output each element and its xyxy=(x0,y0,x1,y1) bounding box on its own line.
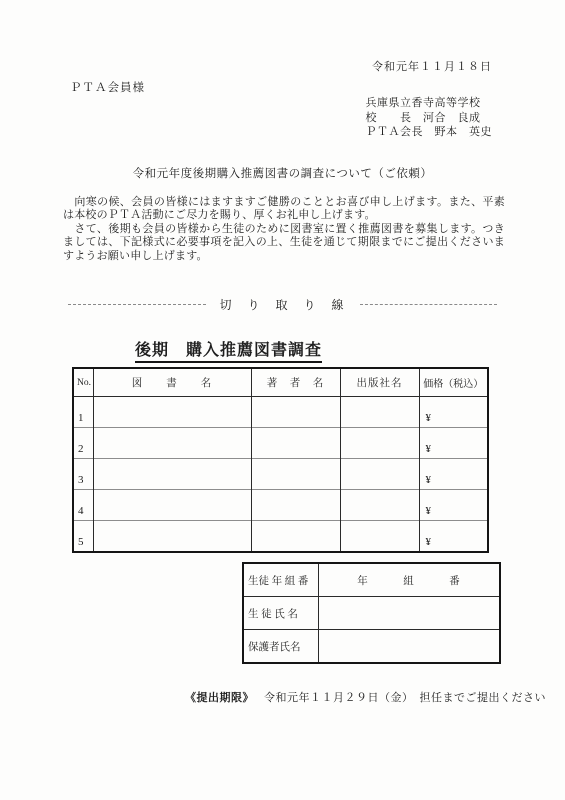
guardian-name-row: 保護者氏名 xyxy=(243,630,500,664)
row-number: 2 xyxy=(73,428,93,459)
student-name-label: 生 徒 氏 名 xyxy=(243,597,319,630)
letter-body: 向寒の候、会員の皆様にはますますご健勝のこととお喜び申し上げます。また、平素は本… xyxy=(63,196,505,264)
table-row: 5 ¥ xyxy=(73,521,488,553)
body-paragraph-1: 向寒の候、会員の皆様にはますますご健勝のこととお喜び申し上げます。また、平素は本… xyxy=(63,196,505,223)
row-number: 1 xyxy=(73,397,93,428)
body-paragraph-2: さて、後期も会員の皆様から生徒のために図書室に置く推薦図書を募集します。つきまし… xyxy=(63,223,505,264)
letter-date: 令和元年１１月１８日 xyxy=(0,0,565,74)
header-book-title: 図 書 名 xyxy=(93,368,251,397)
book-title-cell xyxy=(93,459,251,490)
deadline-line: 《提出期限》令和元年１１月２９日（金） 担任までご提出ください xyxy=(185,689,565,705)
row-number: 3 xyxy=(73,459,93,490)
student-name-row: 生 徒 氏 名 xyxy=(243,597,500,630)
author-cell xyxy=(251,521,340,553)
header-publisher: 出版社名 xyxy=(340,368,419,397)
deadline-text: 令和元年１１月２９日（金） 担任までご提出ください xyxy=(264,692,546,704)
deadline-label: 《提出期限》 xyxy=(185,692,254,704)
document-title: 令和元年度後期購入推薦図書の調査について（ご依頼） xyxy=(0,165,565,181)
student-class-value: 年 組 番 xyxy=(319,563,501,597)
cut-line-label: 切 り 取 り 線 xyxy=(220,296,346,313)
header-author: 著 者 名 xyxy=(251,368,340,397)
author-cell xyxy=(251,397,340,428)
cut-line: 切 り 取 り 線 xyxy=(0,296,565,313)
sender-pta-president: ＰＴＡ会長 野本 英史 xyxy=(366,125,493,140)
author-cell xyxy=(251,459,340,490)
header-price: 価格（税込） xyxy=(419,368,488,397)
book-title-cell xyxy=(93,521,251,553)
table-row: 2 ¥ xyxy=(73,428,488,459)
cut-line-dash-right xyxy=(360,304,498,305)
price-cell: ¥ xyxy=(419,490,488,521)
book-request-table: No. 図 書 名 著 者 名 出版社名 価格（税込） 1 ¥ 2 ¥ xyxy=(72,367,489,553)
guardian-name-value xyxy=(319,630,501,664)
student-class-row: 生徒 年 組 番 年 組 番 xyxy=(243,563,500,597)
price-cell: ¥ xyxy=(419,428,488,459)
publisher-cell xyxy=(340,459,419,490)
table-row: 3 ¥ xyxy=(73,459,488,490)
row-number: 4 xyxy=(73,490,93,521)
sender-block: 兵庫県立香寺高等学校 校 長 河合 良成 ＰＴＡ会長 野本 英史 xyxy=(0,96,565,140)
row-number: 5 xyxy=(73,521,93,553)
student-class-label: 生徒 年 組 番 xyxy=(243,563,319,597)
table-header-row: No. 図 書 名 著 者 名 出版社名 価格（税込） xyxy=(73,368,488,397)
table-row: 1 ¥ xyxy=(73,397,488,428)
recipient-line: ＰＴＡ会員様 xyxy=(0,79,565,95)
header-no: No. xyxy=(73,368,93,397)
book-title-cell xyxy=(93,397,251,428)
publisher-cell xyxy=(340,428,419,459)
price-cell: ¥ xyxy=(419,521,488,553)
student-info-table: 生徒 年 組 番 年 組 番 生 徒 氏 名 保護者氏名 xyxy=(242,562,501,664)
student-name-value xyxy=(319,597,501,630)
publisher-cell xyxy=(340,490,419,521)
table-row: 4 ¥ xyxy=(73,490,488,521)
author-cell xyxy=(251,490,340,521)
sender-principal: 校 長 河合 良成 xyxy=(366,111,493,126)
form-heading: 後期 購入推薦図書調査 xyxy=(135,337,322,363)
price-cell: ¥ xyxy=(419,459,488,490)
publisher-cell xyxy=(340,397,419,428)
scanned-letter-page: 令和元年１１月１８日 ＰＴＡ会員様 兵庫県立香寺高等学校 校 長 河合 良成 Ｐ… xyxy=(0,0,565,800)
book-title-cell xyxy=(93,490,251,521)
sender-school: 兵庫県立香寺高等学校 xyxy=(366,96,493,111)
book-title-cell xyxy=(93,428,251,459)
cut-line-dash-left xyxy=(68,304,206,305)
author-cell xyxy=(251,428,340,459)
price-cell: ¥ xyxy=(419,397,488,428)
guardian-name-label: 保護者氏名 xyxy=(243,630,319,664)
publisher-cell xyxy=(340,521,419,553)
